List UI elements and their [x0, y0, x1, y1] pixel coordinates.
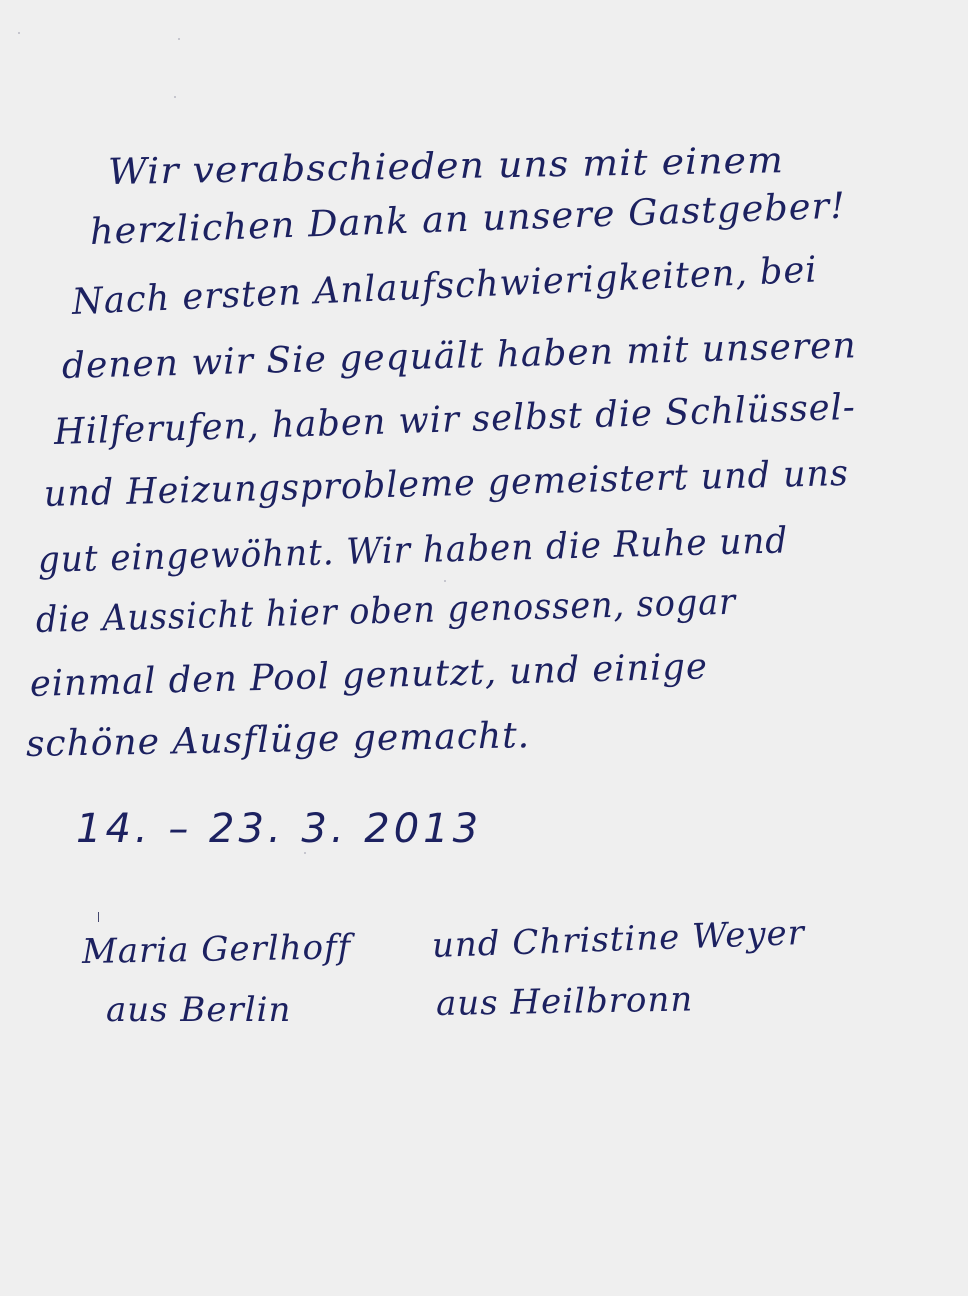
signature-1-name: Maria Gerlhoff: [82, 927, 352, 972]
paper-speck: [178, 38, 180, 40]
paper-speck: [432, 278, 434, 280]
signature-2-origin: aus Heilbronn: [436, 980, 694, 1024]
body-line-6: und Heizungsprobleme gemeistert und uns: [43, 453, 849, 515]
handwritten-page: Wir verabschieden uns mit einem herzlich…: [0, 0, 968, 1296]
signature-1-origin: aus Berlin: [106, 990, 291, 1030]
body-line-2: herzlichen Dank an unsere Gastgeber!: [89, 186, 846, 253]
date-range: 14. – 23. 3. 2013: [76, 806, 482, 852]
body-line-1: Wir verabschieden uns mit einem: [108, 140, 785, 193]
body-line-7: gut eingewöhnt. Wir haben die Ruhe und: [37, 520, 788, 581]
paper-speck: [18, 32, 20, 34]
paper-speck: [444, 580, 446, 582]
paper-speck: [98, 912, 99, 922]
paper-speck: [304, 852, 306, 854]
body-line-5: Hilferufen, haben wir selbst die Schlüss…: [53, 387, 856, 453]
body-line-4: denen wir Sie gequält haben mit unseren: [61, 325, 857, 387]
signature-2-name: und Christine Weyer: [431, 913, 805, 966]
paper-speck: [174, 96, 176, 98]
body-line-10: schöne Ausflüge gemacht.: [26, 715, 531, 765]
body-line-3: Nach ersten Anlaufschwierigkeiten, bei: [71, 249, 818, 323]
body-line-9: einmal den Pool genutzt, und einige: [29, 646, 708, 705]
body-line-8: die Aussicht hier oben genossen, sogar: [35, 582, 736, 641]
